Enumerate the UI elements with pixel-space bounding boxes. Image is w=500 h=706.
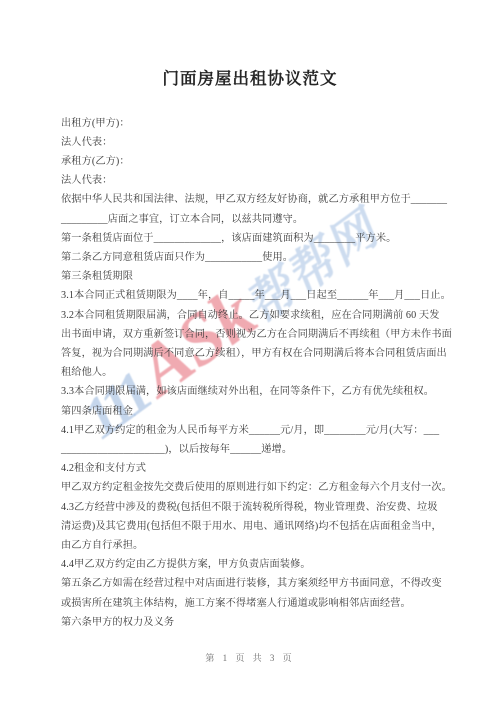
- document-line: 4.1甲乙双方约定的租金为人民币每平方米______元/月，即________元…: [61, 421, 447, 440]
- document-page: 111ASk帮帮网 门面房屋出租协议范文 出租方(甲方)：法人代表：承租方(乙方…: [0, 0, 500, 706]
- document-line: 4.2租金和支付方式: [61, 459, 447, 478]
- document-line: 4.3乙方经营中涉及的费税(包括但不限于流转税所得税，物业管理费、治安费、垃圾: [61, 498, 447, 517]
- document-line: 第三条租赁期限: [61, 267, 447, 286]
- document-line: 第五条乙方如需在经营过程中对店面进行装修，其方案须经甲方书面同意，不得改变: [61, 574, 447, 593]
- document-line: 3.2本合同租赁期限届满，合同自动终止。乙方如要求续租，应在合同期满前 60 天…: [61, 306, 447, 325]
- document-line: _________店面之事宜，订立本合同，以兹共同遵守。: [61, 210, 447, 229]
- document-title: 门面房屋出租协议范文: [0, 65, 500, 89]
- document-line: 依据中华人民共和国法律、法规，甲乙双方经友好协商，就乙方承租甲方位于______…: [61, 190, 447, 209]
- document-line: 由乙方自行承担。: [61, 536, 447, 555]
- document-line: 3.3本合同期限届满，如该店面继续对外出租，在同等条件下，乙方有优先续租权。: [61, 382, 447, 401]
- document-line: 第二条乙方同意租赁店面只作为___________使用。: [61, 248, 447, 267]
- document-line: 3.1本合同正式租赁期限为____年，自_____年___月___日起至____…: [61, 286, 447, 305]
- document-line: 法人代表：: [61, 133, 447, 152]
- document-line: 或损害所在建筑主体结构，施工方案不得堵塞人行通道或影响相邻店面经营。: [61, 594, 447, 613]
- document-line: 答复，视为合同期满后不同意乙方续租），甲方有权在合同期满后将本合同租赁店面出: [61, 344, 447, 363]
- document-line: 甲乙双方约定租金按先交费后使用的原则进行如下约定：乙方租金每六个月支付一次。: [61, 478, 447, 497]
- document-line: 承租方(乙方)：: [61, 152, 447, 171]
- document-line: 租给他人。: [61, 363, 447, 382]
- document-line: 第四条店面租金: [61, 402, 447, 421]
- document-line: ____________________)，以后按每年______递增。: [61, 440, 447, 459]
- document-line: 第六条甲方的权力及义务: [61, 613, 447, 632]
- document-line: 出书面申请，双方重新签订合同，否则视为乙方在合同期满后不再续租（甲方未作书面: [61, 325, 447, 344]
- document-line: 出租方(甲方)：: [61, 114, 447, 133]
- document-line: 第一条租赁店面位于_____________，该店面建筑面积为________平…: [61, 229, 447, 248]
- document-line: 法人代表：: [61, 171, 447, 190]
- document-line: 4.4甲乙双方约定由乙方提供方案，甲方负责店面装修。: [61, 555, 447, 574]
- document-line: 清运费)及其它费用(包括但不限于用水、用电、通讯网络)均不包括在店面租金当中，: [61, 517, 447, 536]
- page-number-footer: 第 1 页 共 3 页: [0, 651, 500, 664]
- document-body: 出租方(甲方)：法人代表：承租方(乙方)：法人代表：依据中华人民共和国法律、法规…: [61, 114, 447, 632]
